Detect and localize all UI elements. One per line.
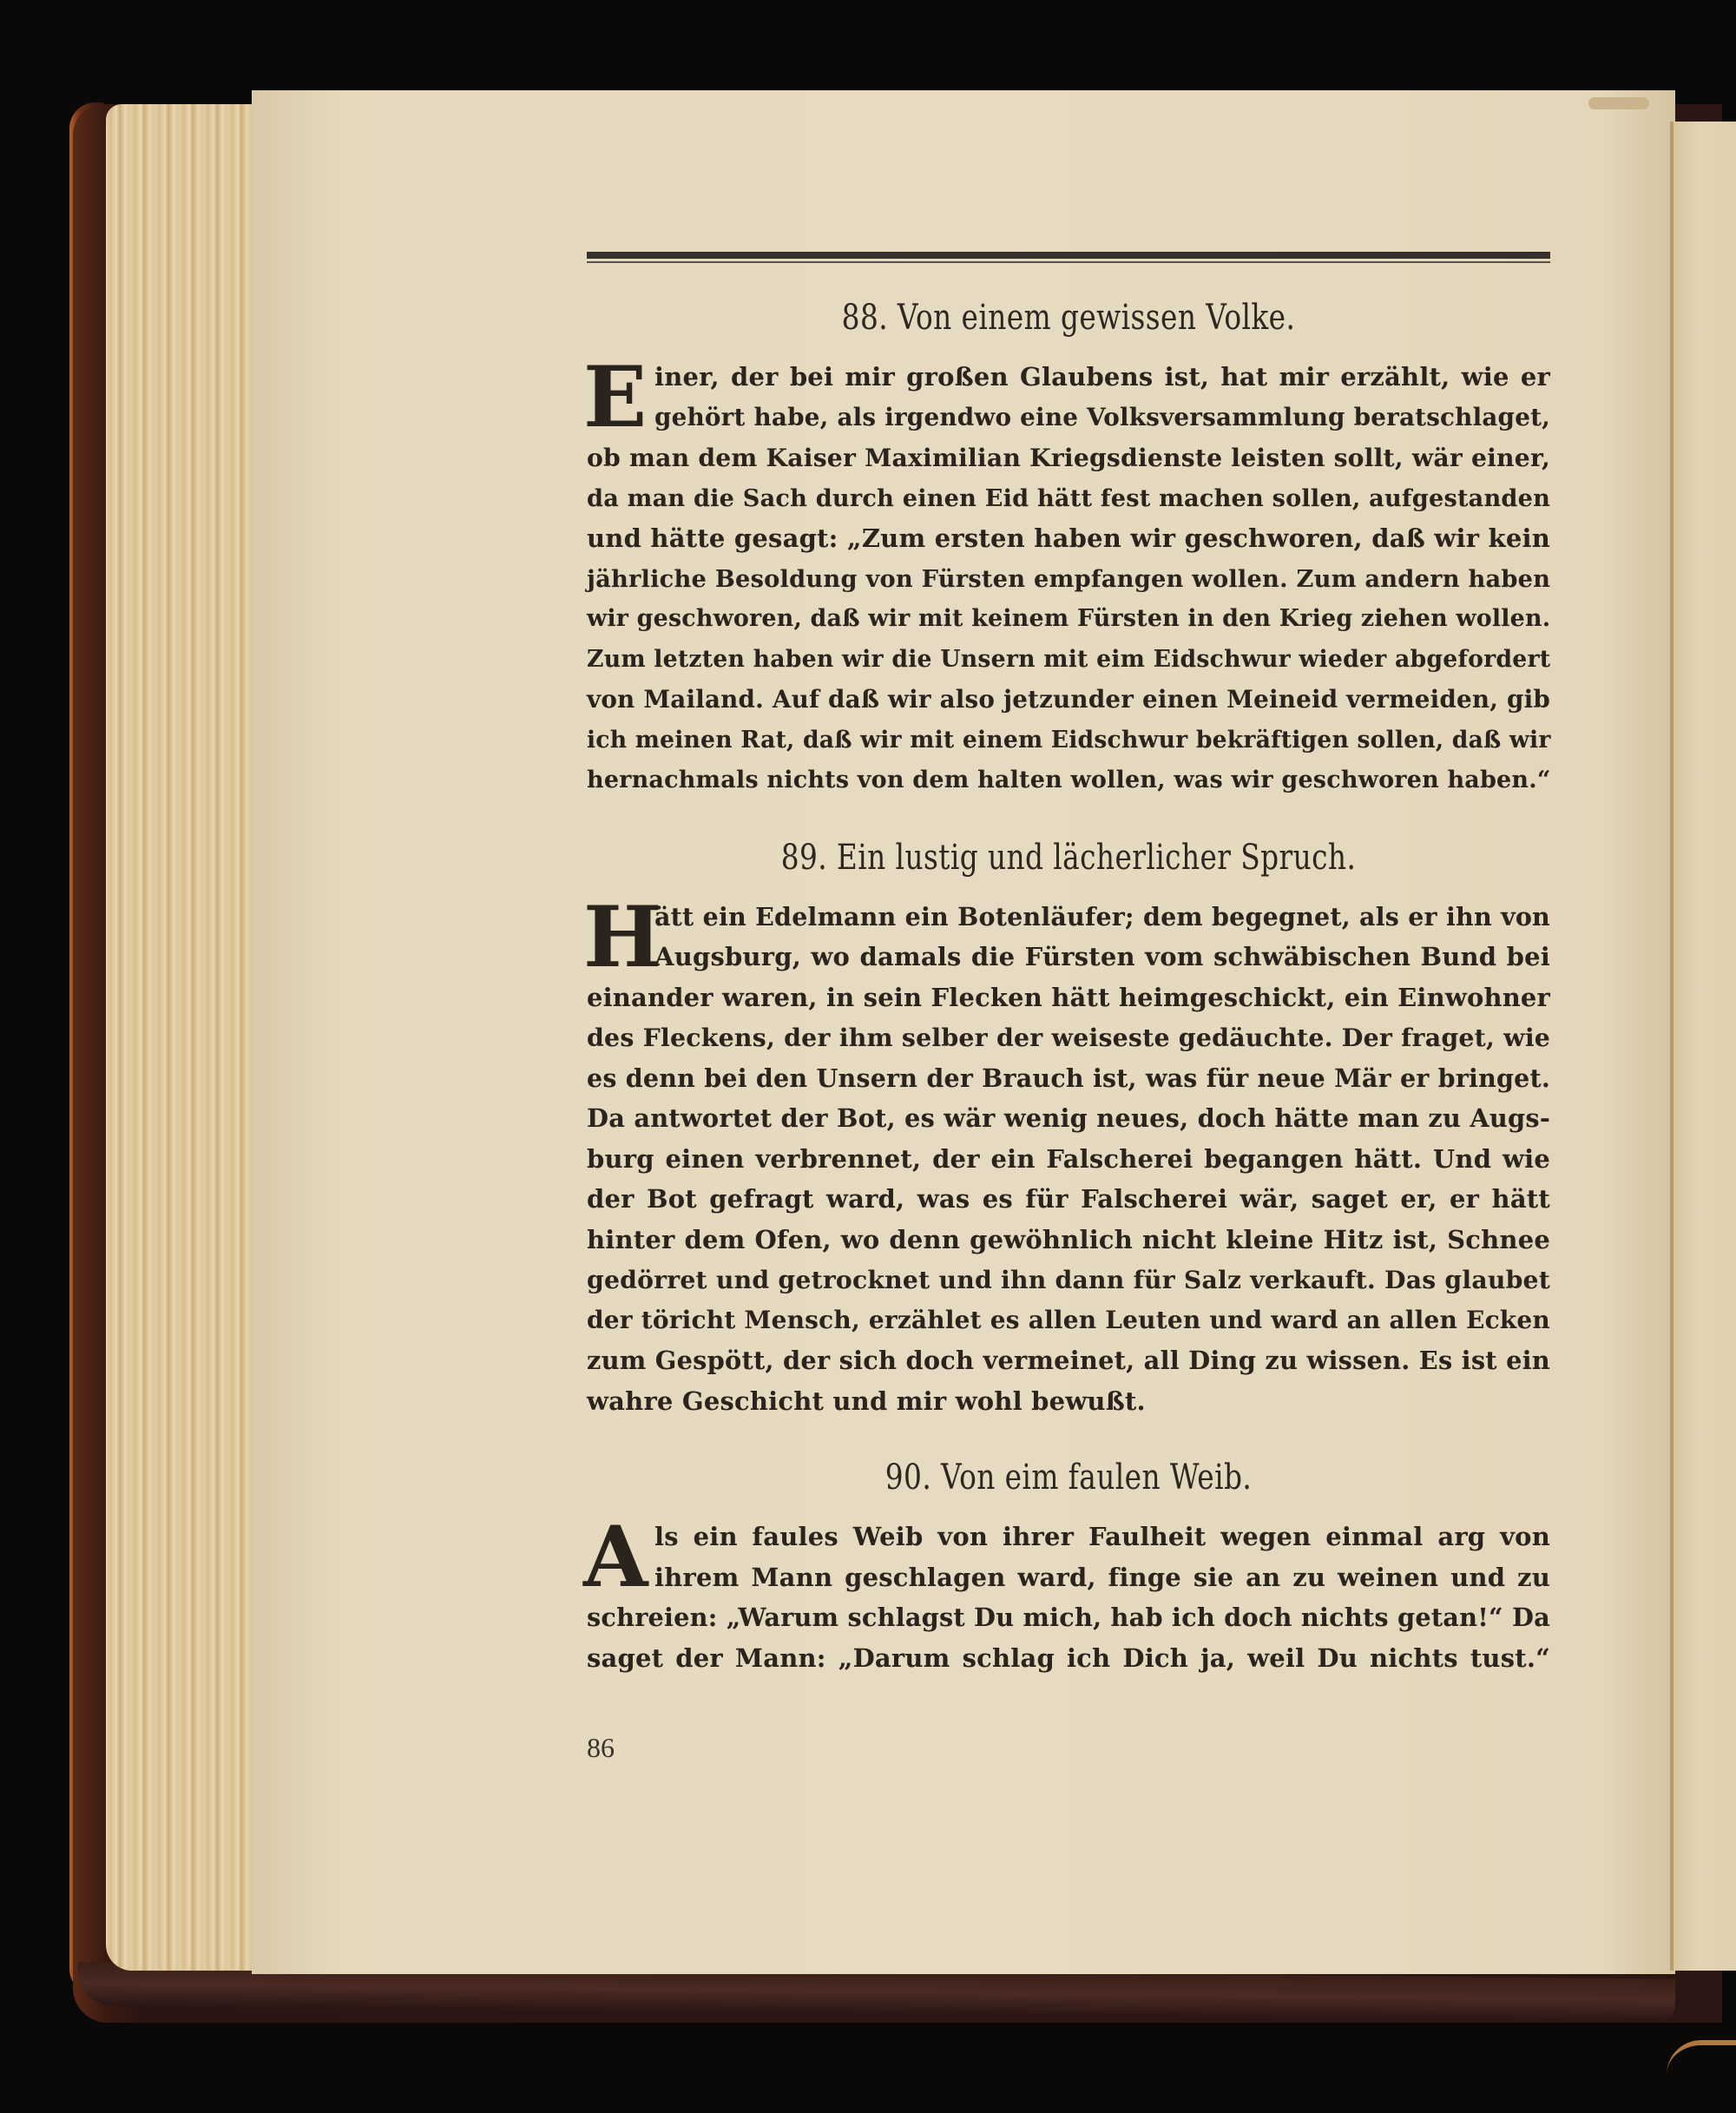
- text-line: ihrem Mann geschlagen ward, finge sie an…: [587, 1557, 1550, 1598]
- text-line: Augsburg, wo damals die Fürsten vom schw…: [587, 937, 1550, 978]
- text-line: hernachmals nichts von dem halten wollen…: [587, 760, 1550, 801]
- text-line: wir geschworen, daß wir mit keinem Fürst…: [587, 599, 1550, 640]
- text-line: der töricht Mensch, erzählet es allen Le…: [587, 1300, 1550, 1341]
- section-paragraph: H ätt ein Edelmann ein Botenläufer; dem …: [587, 897, 1550, 1422]
- drop-cap: E: [583, 359, 647, 437]
- text-line: saget der Mann: „Darum schlag ich Dich j…: [587, 1638, 1550, 1679]
- text-line: des Fleckens, der ihm selber der weisest…: [587, 1017, 1550, 1058]
- text-line: ich meinen Rat, daß wir mit einem Eidsch…: [587, 721, 1550, 761]
- header-rule-thick: [587, 252, 1550, 259]
- text-line: zum Gespött, der sich doch vermeinet, al…: [587, 1340, 1550, 1381]
- text-line: ob man dem Kaiser Maximilian Kriegsdiens…: [587, 438, 1550, 478]
- ribbon-tassel: [1667, 2040, 1736, 2089]
- text-line: Zum letzten haben wir die Unsern mit eim…: [587, 640, 1550, 681]
- text-line: ls ein faules Weib von ihrer Faulheit we…: [587, 1517, 1550, 1557]
- text-line: burg einen verbrennet, der ein Falschere…: [587, 1139, 1550, 1180]
- drop-cap: A: [583, 1518, 648, 1596]
- text-line: da man die Sach durch einen Eid hätt fes…: [587, 478, 1550, 519]
- next-page-edge: [1674, 122, 1736, 1971]
- text-line: gehört habe, als irgendwo eine Volksvers…: [587, 398, 1550, 438]
- section-paragraph: E iner, der bei mir großen Glaubens ist,…: [587, 357, 1550, 801]
- section-heading: 88. Von einem gewissen Volke.: [674, 298, 1463, 338]
- text-line: wahre Geschicht und mir wohl bewußt.: [587, 1381, 1550, 1422]
- section-paragraph: A ls ein faules Weib von ihrer Faulheit …: [587, 1517, 1550, 1678]
- text-line: iner, der bei mir großen Glaubens ist, h…: [587, 357, 1550, 398]
- drop-cap: H: [583, 899, 662, 977]
- text-line: und hätte gesagt: „Zum ersten haben wir …: [587, 518, 1550, 559]
- bookmark-ribbon: [1588, 97, 1649, 109]
- text-line: hinter dem Ofen, wo denn gewöhnlich nich…: [587, 1220, 1550, 1261]
- text-line: der Bot gefragt ward, was es für Falsche…: [587, 1179, 1550, 1220]
- text-line: von Mailand. Auf daß wir also jetzunder …: [587, 680, 1550, 721]
- text-line: gedörret und getrocknet und ihn dann für…: [587, 1260, 1550, 1300]
- text-line: ätt ein Edelmann ein Botenläufer; dem be…: [587, 897, 1550, 938]
- header-rule-thin: [587, 261, 1550, 263]
- text-line: jährliche Besoldung von Fürsten empfange…: [587, 559, 1550, 600]
- text-line: Da antwortet der Bot, es wär wenig neues…: [587, 1098, 1550, 1139]
- text-line: schreien: „Warum schlagst Du mich, hab i…: [587, 1597, 1550, 1638]
- section-heading: 89. Ein lustig und lächerlicher Spruch.: [674, 838, 1463, 878]
- page-block-edges: [106, 104, 262, 1971]
- text-line: es denn bei den Unsern der Brauch ist, w…: [587, 1058, 1550, 1099]
- page-content: 88. Von einem gewissen Volke. E iner, de…: [587, 252, 1550, 1678]
- section-heading: 90. Von eim faulen Weib.: [674, 1458, 1463, 1498]
- page-number: 86: [587, 1732, 615, 1764]
- text-line: einander waren, in sein Flecken hätt hei…: [587, 978, 1550, 1018]
